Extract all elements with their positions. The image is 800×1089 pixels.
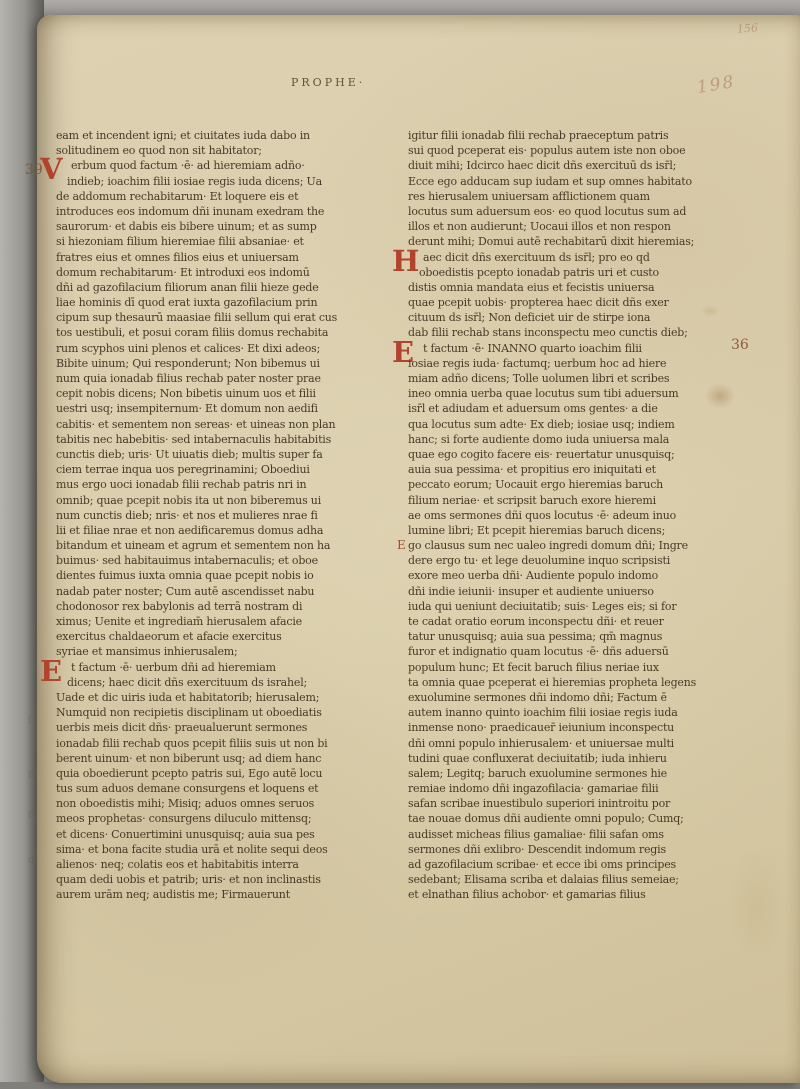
line-text: num quia ionadab filius rechab pater nos… [56, 372, 321, 385]
manuscript-line: Haec dicit dñs exercituum ds isr̄l; pro … [408, 250, 768, 265]
line-text: ad gazofilacium scribae· et ecce ibi oms… [408, 858, 676, 871]
line-text: t factum ·ē· INANNO quarto ioachim filii [423, 342, 642, 355]
margin-ghost-mark: d· [28, 853, 37, 868]
manuscript-line: tos uestibuli, et posui coram filiis dom… [56, 325, 401, 340]
line-text: dñi omni populo inhierusalem· et uniuers… [408, 737, 674, 750]
text-column-left: eam et incendent igni; et ciuitates iuda… [56, 128, 401, 903]
line-text: furor et indignatio quam locutus ·ē· dñs… [408, 645, 669, 658]
line-text: safan scribae inuestibulo superiori inin… [408, 797, 670, 810]
line-text: liae hominis dī quod erat iuxta gazofila… [56, 296, 317, 309]
manuscript-line: Numquid non recipietis disciplinam ut ob… [56, 705, 401, 720]
line-text: fratres eius et omnes filios eius et uni… [56, 251, 299, 264]
backdrop-bottom-edge [0, 1082, 800, 1089]
manuscript-line: et dicens· Conuertimini unusquisq; auia … [56, 827, 401, 842]
line-text: saurorum· et dabis eis bibere uinum; et … [56, 220, 317, 233]
manuscript-line: domum rechabitarum· Et introduxi eos ind… [56, 265, 401, 280]
manuscript-line: fratres eius et omnes filios eius et uni… [56, 250, 401, 265]
folio-number: 198 [696, 72, 737, 98]
manuscript-line: num cunctis dieb; nris· et nos et mulier… [56, 508, 401, 523]
manuscript-line: sermones dñi exlibro· Descendit indomum … [408, 842, 768, 857]
line-text: omnib; quae pcepit nobis ita ut non bibe… [56, 494, 321, 507]
line-text: derunt mihi; Domui autē rechabitarū dixi… [408, 235, 694, 248]
manuscript-line: lii et filiae nrae et non aedificaremus … [56, 523, 401, 538]
line-text: lii et filiae nrae et non aedificaremus … [56, 524, 323, 537]
manuscript-line: inmense nono· praedicauer̄ ieiunium inco… [408, 720, 768, 735]
line-text: syriae et mansimus inhierusalem; [56, 645, 238, 658]
line-text: mus ergo uoci ionadab filii rechab patri… [56, 478, 306, 491]
manuscript-line: eam et incendent igni; et ciuitates iuda… [56, 128, 401, 143]
line-text: Numquid non recipietis disciplinam ut ob… [56, 706, 322, 719]
line-text: t factum ·ē· uerbum dñi ad hieremiam [71, 661, 276, 674]
manuscript-line: sedebant; Elisama scriba et dalaias fili… [408, 872, 768, 887]
line-text: tatur unusquisq; auia sua pessima; qm̄ m… [408, 630, 662, 643]
manuscript-line: exercitus chaldaeorum et afacie exercitu… [56, 629, 401, 644]
manuscript-line: salem; Legitq; baruch exuolumine sermone… [408, 766, 768, 781]
line-text: oboedistis pcepto ionadab patris uri et … [419, 266, 659, 279]
line-text: cipum sup thesaurū maasiae filii sellum … [56, 311, 337, 324]
manuscript-line: Verbum quod factum ·ē· ad hieremiam adño… [56, 158, 401, 173]
line-text: meos prophetas· consurgens diluculo mitt… [56, 812, 311, 825]
manuscript-line: et elnathan filius achobor· et gamarias … [408, 887, 768, 902]
line-text: uerbis meis dicit dñs· praeualuerunt ser… [56, 721, 307, 734]
manuscript-line: nadab pater noster; Cum autē ascendisset… [56, 584, 401, 599]
line-text: exore meo uerba dñi· Audiente populo ind… [408, 569, 658, 582]
stain [727, 845, 787, 965]
manuscript-line: bitandum et uineam et agrum et sementem … [56, 538, 401, 553]
line-text: solitudinem eo quod non sit habitator; [56, 144, 262, 157]
line-text: sui quod pceperat eis· populus autem ist… [408, 144, 685, 157]
manuscript-line: sui quod pceperat eis· populus autem ist… [408, 143, 768, 158]
manuscript-line: oboedistis pcepto ionadab patris uri et … [408, 265, 768, 280]
manuscript-line: liae hominis dī quod erat iuxta gazofila… [56, 295, 401, 310]
line-text: iosiae regis iuda· factumq; uerbum hoc a… [408, 357, 666, 370]
manuscript-line: exore meo uerba dñi· Audiente populo ind… [408, 568, 768, 583]
manuscript-line: cepit nobis dicens; Non bibetis uinum uo… [56, 386, 401, 401]
manuscript-line: quae ego cogito facere eis· reuertatur u… [408, 447, 768, 462]
manuscript-line: tus sum aduos demane consurgens et loque… [56, 781, 401, 796]
manuscript-line: derunt mihi; Domui autē rechabitarū dixi… [408, 234, 768, 249]
manuscript-line: locutus sum aduersum eos· eo quod locutu… [408, 204, 768, 219]
photograph-backdrop: PROPHE· 156 198 39 36 eam et incendent i… [0, 0, 800, 1089]
line-text: quia oboedierunt pcepto patris sui, Ego … [56, 767, 322, 780]
line-text: si hiezoniam filium hieremiae filii absa… [56, 235, 304, 248]
manuscript-line: ta omnia quae pceperat ei hieremias prop… [408, 675, 768, 690]
manuscript-line: berent uinum· et non biberunt usq; ad di… [56, 751, 401, 766]
line-text: quae ego cogito facere eis· reuertatur u… [408, 448, 674, 461]
manuscript-line: Bibite uinum; Qui responderunt; Non bibe… [56, 356, 401, 371]
manuscript-line: exuolumine sermones dñi indomo dñi; Fact… [408, 690, 768, 705]
line-text: cabitis· et sementem non sereas· et uine… [56, 418, 335, 431]
manuscript-line: filium neriae· et scripsit baruch exore … [408, 493, 768, 508]
line-text: cituum ds isr̄l; Non deficiet uir de sti… [408, 311, 650, 324]
line-text: ximus; Uenite et ingrediam̄ hierusalem a… [56, 615, 302, 628]
line-text: ineo omnia uerba quae locutus sum tibi a… [408, 387, 678, 400]
manuscript-line: mus ergo uoci ionadab filii rechab patri… [56, 477, 401, 492]
line-text: ta omnia quae pceperat ei hieremias prop… [408, 676, 696, 689]
line-text: Uade et dic uiris iuda et habitatorib; h… [56, 691, 319, 704]
line-text: et dicens· Conuertimini unusquisq; auia … [56, 828, 315, 841]
line-text: Ecce ego adducam sup iudam et sup omnes … [408, 175, 692, 188]
manuscript-line: solitudinem eo quod non sit habitator; [56, 143, 401, 158]
manuscript-line: cabitis· et sementem non sereas· et uine… [56, 417, 401, 432]
manuscript-line: cunctis dieb; uris· Ut uiuatis dieb; mul… [56, 447, 401, 462]
manuscript-line: syriae et mansimus inhierusalem; [56, 644, 401, 659]
line-text: tae nouae domus dñi audiente omni populo… [408, 812, 684, 825]
text-column-right: igitur filii ionadab filii rechab praece… [408, 128, 768, 903]
manuscript-line: dere ergo tu· et lege deuolumine inquo s… [408, 553, 768, 568]
manuscript-line: tabitis nec habebitis· sed intabernaculi… [56, 432, 401, 447]
manuscript-line: introduces eos indomum dñi inunam exedra… [56, 204, 401, 219]
manuscript-line: res hierusalem uniuersam afflictionem qu… [408, 189, 768, 204]
manuscript-line: ionadab filii rechab quos pcepit filiis … [56, 736, 401, 751]
manuscript-line: dñi indie ieiunii· insuper et audiente u… [408, 584, 768, 599]
line-text: rum scyphos uini plenos et calices· Et d… [56, 342, 320, 355]
manuscript-line: peccato eorum; Uocauit ergo hieremias ba… [408, 477, 768, 492]
line-text: nadab pater noster; Cum autē ascendisset… [56, 585, 314, 598]
line-text: eam et incendent igni; et ciuitates iuda… [56, 129, 310, 142]
manuscript-line: iuda qui ueniunt deciuitatib; suis· Lege… [408, 599, 768, 614]
line-text: bitandum et uineam et agrum et sementem … [56, 539, 330, 552]
manuscript-line: quia oboedierunt pcepto patris sui, Ego … [56, 766, 401, 781]
manuscript-line: distis omnia mandata eius et fecistis un… [408, 280, 768, 295]
manuscript-line: qua locutus sum adte· Ex dieb; iosiae us… [408, 417, 768, 432]
line-text: introduces eos indomum dñi inunam exedra… [56, 205, 324, 218]
line-text: alienos· neq; colatis eos et habitabitis… [56, 858, 299, 871]
manuscript-line: buimus· sed habitauimus intabernaculis; … [56, 553, 401, 568]
line-text: tus sum aduos demane consurgens et loque… [56, 782, 318, 795]
line-text: num cunctis dieb; nris· et nos et mulier… [56, 509, 318, 522]
line-text: qua locutus sum adte· Ex dieb; iosiae us… [408, 418, 675, 431]
manuscript-line: populum hunc; Et fecit baruch filius ner… [408, 660, 768, 675]
line-text: salem; Legitq; baruch exuolumine sermone… [408, 767, 667, 780]
line-text: lumine libri; Et pcepit hieremias baruch… [408, 524, 665, 537]
line-text: aurem urām neq; audistis me; Firmauerunt [56, 888, 290, 901]
manuscript-line: auia sua pessima· et propitius ero iniqu… [408, 462, 768, 477]
manuscript-line: dñi omni populo inhierusalem· et uniuers… [408, 736, 768, 751]
manuscript-line: dñi ad gazofilacium filiorum anan filii … [56, 280, 401, 295]
manuscript-line: Et factum ·ē· INANNO quarto ioachim fili… [408, 341, 768, 356]
line-text: exuolumine sermones dñi indomo dñi; Fact… [408, 691, 667, 704]
stain [701, 305, 719, 317]
manuscript-line: te cadat oratio eorum inconspectu dñi· e… [408, 614, 768, 629]
line-text: hanc; si forte audiente domo iuda uniuer… [408, 433, 669, 446]
line-text: tos uestibuli, et posui coram filiis dom… [56, 326, 328, 339]
manuscript-line: omnib; quae pcepit nobis ita ut non bibe… [56, 493, 401, 508]
manuscript-line: lumine libri; Et pcepit hieremias baruch… [408, 523, 768, 538]
line-text: populum hunc; Et fecit baruch filius ner… [408, 661, 659, 674]
line-text: illos et non audierunt; Uocaui illos et … [408, 220, 671, 233]
manuscript-page: PROPHE· 156 198 39 36 eam et incendent i… [37, 15, 800, 1083]
manuscript-line: uerbis meis dicit dñs· praeualuerunt ser… [56, 720, 401, 735]
margin-ghost-mark: ſt [28, 808, 35, 823]
manuscript-line: quam dedi uobis et patrib; uris· et non … [56, 872, 401, 887]
manuscript-line: Et factum ·ē· uerbum dñi ad hieremiam [56, 660, 401, 675]
line-text: distis omnia mandata eius et fecistis un… [408, 281, 654, 294]
line-text: ionadab filii rechab quos pcepit filiis … [56, 737, 327, 750]
manuscript-line: iosiae regis iuda· factumq; uerbum hoc a… [408, 356, 768, 371]
line-text: autem inanno quinto ioachim filii iosiae… [408, 706, 678, 719]
manuscript-line: illos et non audierunt; Uocaui illos et … [408, 219, 768, 234]
line-text: auia sua pessima· et propitius ero iniqu… [408, 463, 656, 476]
line-text: aec dicit dñs exercituum ds isr̄l; pro e… [423, 251, 650, 264]
line-text: go clausus sum nec ualeo ingredi domum d… [408, 539, 688, 552]
line-text: diuit mihi; Idcirco haec dicit dñs exerc… [408, 159, 676, 172]
line-text: berent uinum· et non biberunt usq; ad di… [56, 752, 321, 765]
line-text: ciem terrae inqua uos peregrinamini; Obo… [56, 463, 310, 476]
line-text: dab filii rechab stans inconspectu meo c… [408, 326, 688, 339]
manuscript-line: saurorum· et dabis eis bibere uinum; et … [56, 219, 401, 234]
manuscript-line: dientes fuimus iuxta omnia quae pcepit n… [56, 568, 401, 583]
manuscript-line: ciem terrae inqua uos peregrinamini; Obo… [56, 462, 401, 477]
manuscript-line: furor et indignatio quam locutus ·ē· dñs… [408, 644, 768, 659]
line-text: audisset micheas filius gamaliae· filii … [408, 828, 664, 841]
manuscript-line: rum scyphos uini plenos et calices· Et d… [56, 341, 401, 356]
line-text: dere ergo tu· et lege deuolumine inquo s… [408, 554, 670, 567]
margin-ghost-mark: ſ [28, 713, 32, 728]
line-text: dñi indie ieiunii· insuper et audiente u… [408, 585, 654, 598]
rubricated-initial: E [397, 538, 406, 552]
manuscript-line: cipum sup thesaurū maasiae filii sellum … [56, 310, 401, 325]
line-text: sima· et bona facite studia urā et nolit… [56, 843, 328, 856]
manuscript-line: tudini quae confluxerat deciuitatib; iud… [408, 751, 768, 766]
line-text: dicens; haec dicit dñs exercituum ds isr… [67, 676, 307, 689]
line-text: et elnathan filius achobor· et gamarias … [408, 888, 646, 901]
line-text: uestri usq; insempiternum· Et domum non … [56, 402, 318, 415]
manuscript-line: meos prophetas· consurgens diluculo mitt… [56, 811, 401, 826]
manuscript-line: Ecce ego adducam sup iudam et sup omnes … [408, 174, 768, 189]
manuscript-line: uestri usq; insempiternum· Et domum non … [56, 401, 401, 416]
stain [705, 383, 735, 409]
line-text: remiae indomo dñi ingazofilacia· gamaria… [408, 782, 658, 795]
manuscript-line: num quia ionadab filius rechab pater nos… [56, 371, 401, 386]
manuscript-line: chodonosor rex babylonis ad terrā nostra… [56, 599, 401, 614]
line-text: dñi ad gazofilacium filiorum anan filii … [56, 281, 319, 294]
manuscript-line: dab filii rechab stans inconspectu meo c… [408, 325, 768, 340]
manuscript-line: ae oms sermones dñi quos locutus ·ē· ade… [408, 508, 768, 523]
line-text: exercitus chaldaeorum et afacie exercitu… [56, 630, 282, 643]
line-text: locutus sum aduersum eos· eo quod locutu… [408, 205, 686, 218]
line-text: iuda qui ueniunt deciuitatib; suis· Lege… [408, 600, 676, 613]
line-text: quae pcepit uobis· propterea haec dicit … [408, 296, 669, 309]
line-text: te cadat oratio eorum inconspectu dñi· e… [408, 615, 664, 628]
line-text: tabitis nec habebitis· sed intabernaculi… [56, 433, 331, 446]
line-text: de addomum rechabitarum· Et loquere eis … [56, 190, 298, 203]
line-text: miam adño dicens; Tolle uolumen libri et… [408, 372, 669, 385]
corner-mark: 156 [737, 21, 759, 35]
line-text: tudini quae confluxerat deciuitatib; iud… [408, 752, 667, 765]
manuscript-line: ad gazofilacium scribae· et ecce ibi oms… [408, 857, 768, 872]
manuscript-line: tatur unusquisq; auia sua pessima; qm̄ m… [408, 629, 768, 644]
line-text: filium neriae· et scripsit baruch exore … [408, 494, 656, 507]
manuscript-line: dicens; haec dicit dñs exercituum ds isr… [56, 675, 401, 690]
manuscript-line: Uade et dic uiris iuda et habitatorib; h… [56, 690, 401, 705]
manuscript-line: igitur filii ionadab filii rechab praece… [408, 128, 768, 143]
line-text: isr̄l et adiudam et aduersum oms gentes·… [408, 402, 658, 415]
manuscript-line: indieb; ioachim filii iosiae regis iuda … [56, 174, 401, 189]
line-text: Bibite uinum; Qui responderunt; Non bibe… [56, 357, 320, 370]
line-text: ae oms sermones dñi quos locutus ·ē· ade… [408, 509, 676, 522]
manuscript-line: Ego clausus sum nec ualeo ingredi domum … [408, 538, 768, 553]
line-text: domum rechabitarum· Et introduxi eos ind… [56, 266, 310, 279]
line-text: inmense nono· praedicauer̄ ieiunium inco… [408, 721, 674, 734]
line-text: igitur filii ionadab filii rechab praece… [408, 129, 668, 142]
line-text: chodonosor rex babylonis ad terrā nostra… [56, 600, 302, 613]
line-text: erbum quod factum ·ē· ad hieremiam adño· [71, 159, 305, 172]
manuscript-line: hanc; si forte audiente domo iuda uniuer… [408, 432, 768, 447]
line-text: dientes fuimus iuxta omnia quae pcepit n… [56, 569, 314, 582]
line-text: cepit nobis dicens; Non bibetis uinum uo… [56, 387, 316, 400]
manuscript-line: ximus; Uenite et ingrediam̄ hierusalem a… [56, 614, 401, 629]
running-title: PROPHE· [291, 76, 365, 89]
manuscript-line: remiae indomo dñi ingazofilacia· gamaria… [408, 781, 768, 796]
manuscript-line: autem inanno quinto ioachim filii iosiae… [408, 705, 768, 720]
margin-ghost-mark: fi [28, 768, 35, 783]
manuscript-line: non oboedistis mihi; Misiq; aduos omnes … [56, 796, 401, 811]
manuscript-line: tae nouae domus dñi audiente omni populo… [408, 811, 768, 826]
manuscript-line: alienos· neq; colatis eos et habitabitis… [56, 857, 401, 872]
manuscript-line: safan scribae inuestibulo superiori inin… [408, 796, 768, 811]
manuscript-line: sima· et bona facite studia urā et nolit… [56, 842, 401, 857]
manuscript-line: audisset micheas filius gamaliae· filii … [408, 827, 768, 842]
line-text: indieb; ioachim filii iosiae regis iuda … [67, 175, 322, 188]
line-text: sermones dñi exlibro· Descendit indomum … [408, 843, 666, 856]
manuscript-line: aurem urām neq; audistis me; Firmauerunt [56, 887, 401, 902]
manuscript-line: de addomum rechabitarum· Et loquere eis … [56, 189, 401, 204]
line-text: quam dedi uobis et patrib; uris· et non … [56, 873, 321, 886]
manuscript-line: diuit mihi; Idcirco haec dicit dñs exerc… [408, 158, 768, 173]
line-text: res hierusalem uniuersam afflictionem qu… [408, 190, 650, 203]
line-text: cunctis dieb; uris· Ut uiuatis dieb; mul… [56, 448, 323, 461]
line-text: peccato eorum; Uocauit ergo hieremias ba… [408, 478, 663, 491]
manuscript-line: si hiezoniam filium hieremiae filii absa… [56, 234, 401, 249]
line-text: buimus· sed habitauimus intabernaculis; … [56, 554, 318, 567]
line-text: sedebant; Elisama scriba et dalaias fili… [408, 873, 679, 886]
line-text: non oboedistis mihi; Misiq; aduos omnes … [56, 797, 314, 810]
